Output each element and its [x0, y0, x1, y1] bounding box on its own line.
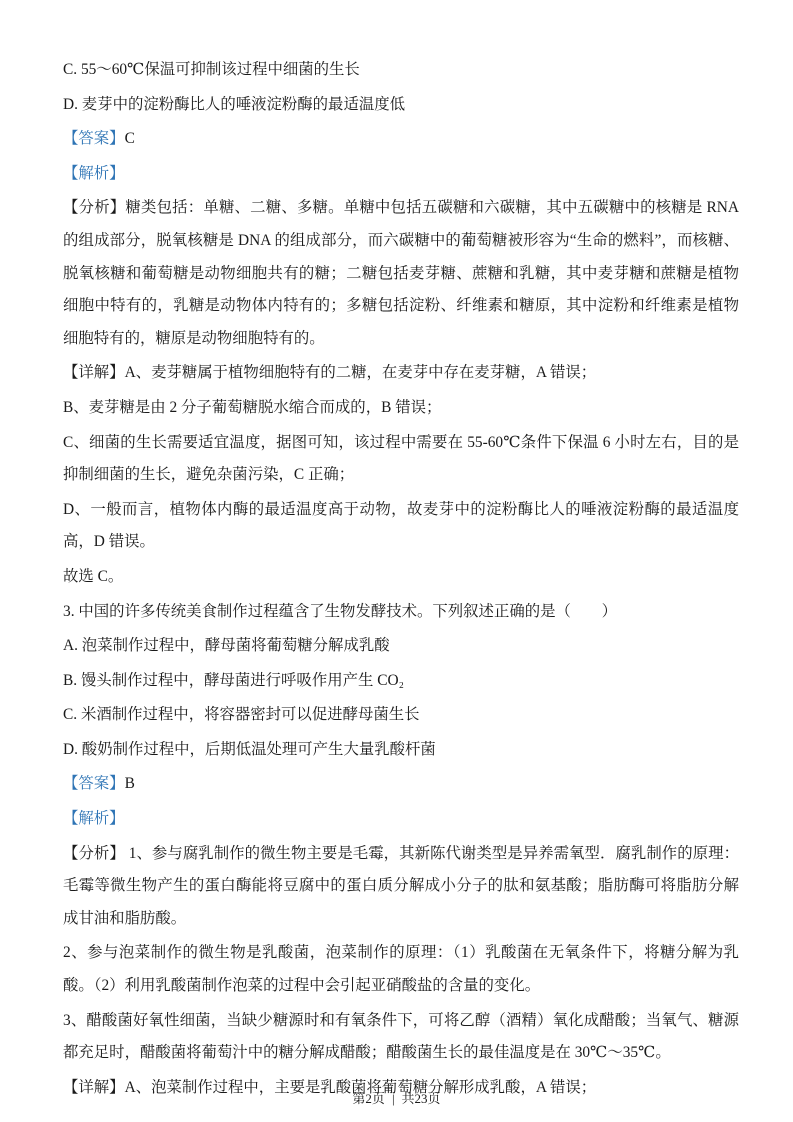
paragraph-text: C. 55～60℃保温可抑制该过程中细菌的生长	[63, 61, 360, 78]
document-content: C. 55～60℃保温可抑制该过程中细菌的生长 D. 麦芽中的淀粉酶比人的唾液淀…	[63, 54, 739, 1106]
paragraph-text: B	[125, 775, 135, 792]
analysis-q2: 【分析】糖类包括：单糖、二糖、多糖。单糖中包括五碳糖和六碳糖，其中五碳糖中的核糖…	[63, 192, 739, 355]
paragraph-text: 3、醋酸菌好氧性细菌，当缺少糖源时和有氧条件下，可将乙醇（酒精）氧化成醋酸；当氧…	[63, 1012, 739, 1062]
paragraph-text: D、一般而言，植物体内酶的最适温度高于动物，故麦芽中的淀粉酶比人的唾液淀粉酶的最…	[63, 501, 739, 551]
answer-q3: 【答案】B	[63, 768, 739, 801]
paragraph-text: D. 麦芽中的淀粉酶比人的唾液淀粉酶的最适温度低	[63, 96, 405, 113]
option-b-q3: B. 馒头制作过程中，酵母菌进行呼吸作用产生 CO₂	[63, 665, 739, 698]
paragraph-text: C、细菌的生长需要适宜温度，据图可知，该过程中需要在 55-60℃条件下保温 6…	[63, 434, 739, 484]
paragraph-text: 【分析】 1、参与腐乳制作的微生物主要是毛霉，其新陈代谢类型是异养需氧型．腐乳制…	[63, 845, 739, 927]
bracket-tag-label: 【答案】	[63, 775, 125, 792]
detail-c-q2: C、细菌的生长需要适宜温度，据图可知，该过程中需要在 55-60℃条件下保温 6…	[63, 427, 739, 492]
bracket-tag-label: 【答案】	[63, 130, 125, 147]
conclusion-q2: 故选 C。	[63, 561, 739, 594]
bracket-tag-label: 【解析】	[63, 810, 125, 827]
analysis-tag-q3: 【解析】	[63, 803, 739, 836]
option-a-q3: A. 泡菜制作过程中，酵母菌将葡萄糖分解成乳酸	[63, 630, 739, 663]
paragraph-text: D. 酸奶制作过程中，后期低温处理可产生大量乳酸杆菌	[63, 741, 436, 758]
analysis-q3-part2: 2、参与泡菜制作的微生物是乳酸菌，泡菜制作的原理：（1）乳酸菌在无氧条件下，将糖…	[63, 937, 739, 1002]
paragraph-text: C	[125, 130, 135, 147]
option-c-q2: C. 55～60℃保温可抑制该过程中细菌的生长	[63, 54, 739, 87]
page-total: 共23页	[402, 1091, 441, 1106]
analysis-q3-part3: 3、醋酸菌好氧性细菌，当缺少糖源时和有氧条件下，可将乙醇（酒精）氧化成醋酸；当氧…	[63, 1005, 739, 1070]
answer-q2: 【答案】C	[63, 123, 739, 156]
paragraph-text: 【详解】A、麦芽糖属于植物细胞特有的二糖，在麦芽中存在麦芽糖，A 错误；	[63, 364, 596, 381]
document-page: C. 55～60℃保温可抑制该过程中细菌的生长 D. 麦芽中的淀粉酶比人的唾液淀…	[0, 0, 793, 1122]
option-d-q3: D. 酸奶制作过程中，后期低温处理可产生大量乳酸杆菌	[63, 734, 739, 767]
page-number: 第2页	[352, 1091, 385, 1106]
paragraph-text: 3. 中国的许多传统美食制作过程蕴含了生物发酵技术。下列叙述正确的是（ ）	[63, 603, 617, 620]
paragraph-text: A. 泡菜制作过程中，酵母菌将葡萄糖分解成乳酸	[63, 637, 390, 654]
paragraph-text: B. 馒头制作过程中，酵母菌进行呼吸作用产生 CO₂	[63, 672, 404, 689]
detail-b-q2: B、麦芽糖是由 2 分子葡萄糖脱水缩合而成的，B 错误；	[63, 392, 739, 425]
paragraph-text: C. 米酒制作过程中，将容器密封可以促进酵母菌生长	[63, 706, 420, 723]
paragraph-text: 【分析】糖类包括：单糖、二糖、多糖。单糖中包括五碳糖和六碳糖，其中五碳糖中的核糖…	[63, 199, 743, 346]
analysis-q3-part1: 【分析】 1、参与腐乳制作的微生物主要是毛霉，其新陈代谢类型是异养需氧型．腐乳制…	[63, 838, 739, 936]
paragraph-text: 故选 C。	[63, 568, 123, 585]
paragraph-text: B、麦芽糖是由 2 分子葡萄糖脱水缩合而成的，B 错误；	[63, 399, 441, 416]
option-c-q3: C. 米酒制作过程中，将容器密封可以促进酵母菌生长	[63, 699, 739, 732]
detail-d-q2: D、一般而言，植物体内酶的最适温度高于动物，故麦芽中的淀粉酶比人的唾液淀粉酶的最…	[63, 494, 739, 559]
detail-a-q2: 【详解】A、麦芽糖属于植物细胞特有的二糖，在麦芽中存在麦芽糖，A 错误；	[63, 357, 739, 390]
option-d-q2: D. 麦芽中的淀粉酶比人的唾液淀粉酶的最适温度低	[63, 89, 739, 122]
paragraph-text: 2、参与泡菜制作的微生物是乳酸菌，泡菜制作的原理：（1）乳酸菌在无氧条件下，将糖…	[63, 944, 739, 994]
footer-separator: |	[392, 1091, 395, 1106]
analysis-tag-q2: 【解析】	[63, 158, 739, 191]
page-footer: 第2页|共23页	[0, 1089, 793, 1109]
bracket-tag-label: 【解析】	[63, 165, 125, 182]
question-3-stem: 3. 中国的许多传统美食制作过程蕴含了生物发酵技术。下列叙述正确的是（ ）	[63, 596, 739, 629]
